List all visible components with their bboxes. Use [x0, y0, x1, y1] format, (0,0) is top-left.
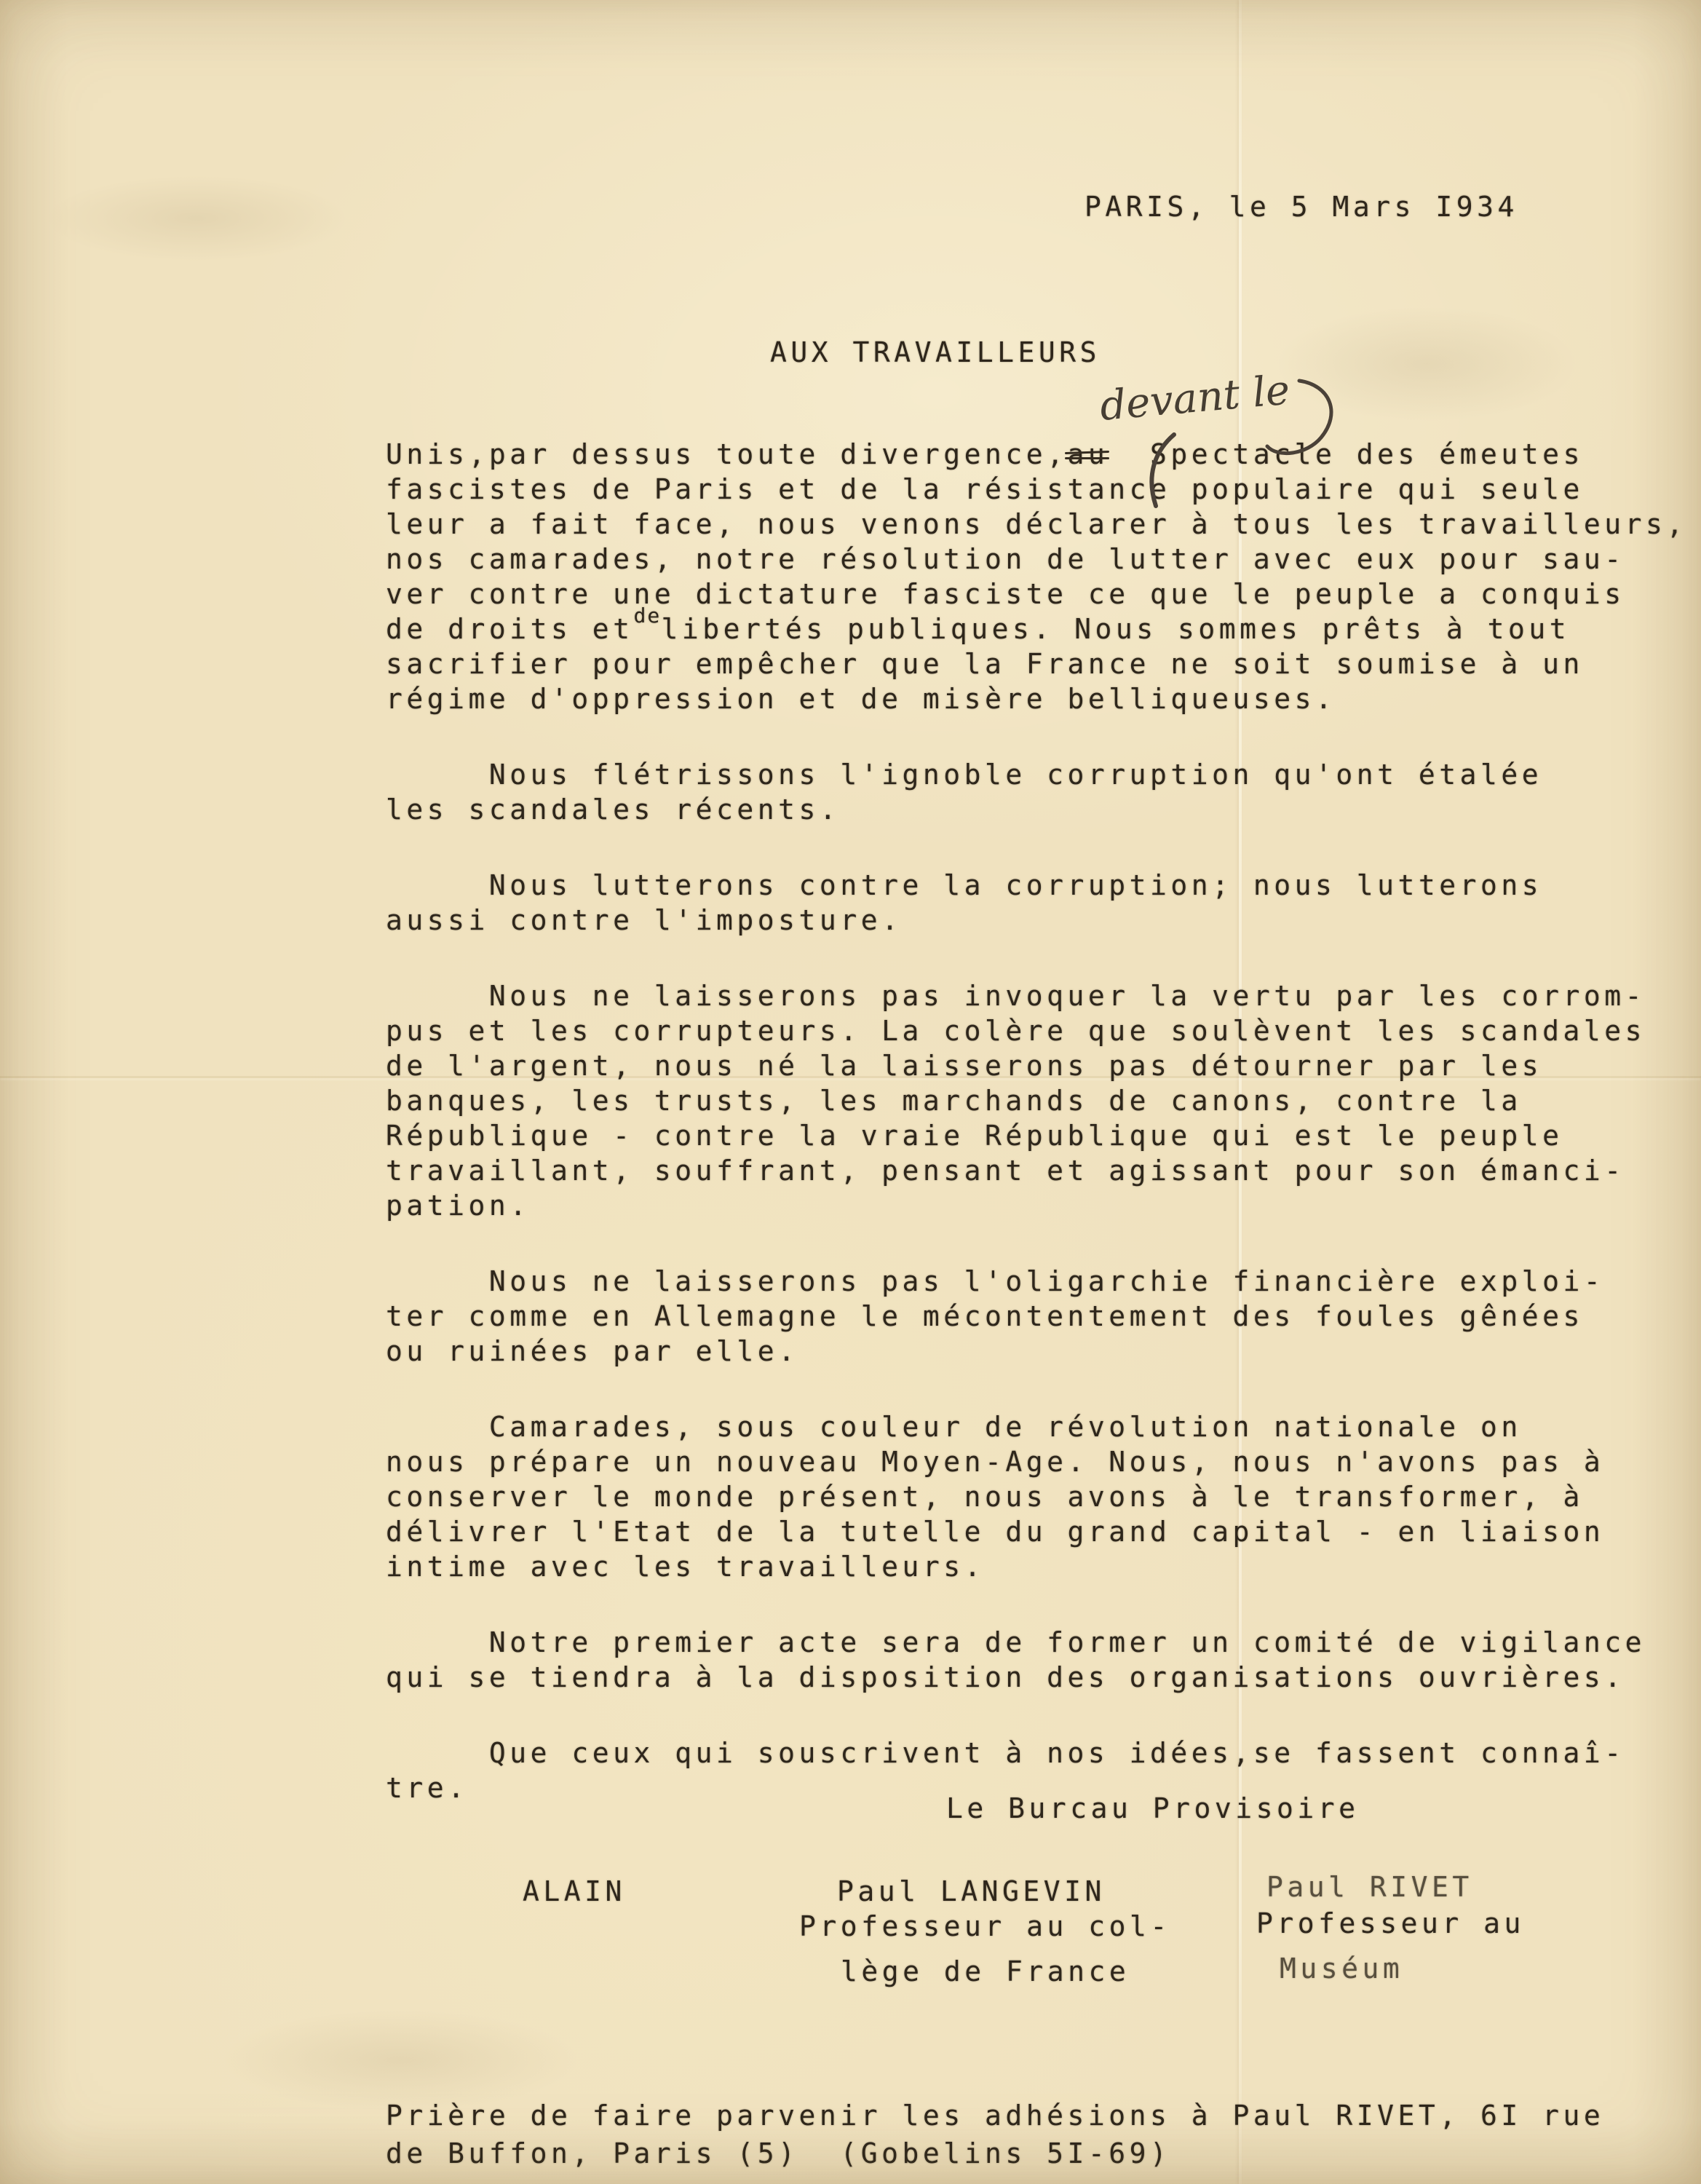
signature-rivet-role-1: Professeur au — [1256, 1900, 1525, 1947]
handwritten-annotation: devant le — [1059, 368, 1408, 521]
typed-line: les scandales récents. — [386, 792, 1687, 827]
typed-line: nos camarades, notre résolution de lutte… — [386, 542, 1687, 577]
bureau-provisoire-label: Le Burcau Provisoire — [946, 1792, 1360, 1824]
typed-line: Nous lutterons contre la corruption; nou… — [386, 868, 1687, 903]
typed-line: fascistes de Paris et de la résistance p… — [386, 472, 1687, 507]
typed-line: leur a fait face, nous venons déclarer à… — [386, 507, 1687, 542]
typed-line: Nous flétrissons l'ignoble corruption qu… — [386, 757, 1687, 792]
typed-line: délivrer l'Etat de la tutelle du grand c… — [386, 1514, 1687, 1549]
signature-rivet: Paul RIVET — [1266, 1871, 1473, 1903]
signature-langevin-role-2: lège de France — [841, 1948, 1130, 1995]
typed-line: Notre premier acte sera de former un com… — [386, 1625, 1687, 1660]
typed-line: qui se tiendra à la disposition des orga… — [386, 1660, 1687, 1695]
paragraph: Unis,par dessus toute divergence,au Spec… — [386, 437, 1687, 716]
signature-rivet-role-2: Muséum — [1280, 1945, 1403, 1992]
paragraph: Camarades, sous couleur de révolution na… — [386, 1409, 1687, 1584]
typed-line: pus et les corrupteurs. La colère que so… — [386, 1013, 1687, 1048]
typed-line: Que ceux qui souscrivent à nos idées,se … — [386, 1736, 1687, 1770]
paper-smudge — [44, 175, 349, 262]
date-line: PARIS, le 5 Mars I934 — [1085, 191, 1518, 223]
signature-alain: ALAIN — [523, 1875, 626, 1907]
typed-line: Camarades, sous couleur de révolution na… — [386, 1409, 1687, 1444]
paragraph: Notre premier acte sera de former un com… — [386, 1625, 1687, 1695]
typed-line: de l'argent, nous né la laisserons pas d… — [386, 1048, 1687, 1083]
footer-line-2: de Buffon, Paris (5) (Gobelins 5I-69) — [386, 2134, 1604, 2172]
typed-line: Nous ne laisserons pas l'oligarchie fina… — [386, 1264, 1687, 1299]
typed-line: intime avec les travailleurs. — [386, 1549, 1687, 1584]
paragraph: Nous ne laisserons pas l'oligarchie fina… — [386, 1264, 1687, 1369]
typed-line: aussi contre l'imposture. — [386, 903, 1687, 938]
paragraph: Nous lutterons contre la corruption; nou… — [386, 868, 1687, 938]
typed-line: République - contre la vraie République … — [386, 1118, 1687, 1153]
typed-line: nous prépare un nouveau Moyen-Age. Nous,… — [386, 1444, 1687, 1479]
typed-line: régime d'oppression et de misère belliqu… — [386, 681, 1687, 716]
signature-langevin-role-1: Professeur au col- — [799, 1903, 1171, 1950]
handwritten-paren-stroke — [1151, 435, 1174, 506]
typed-line: conserver le monde présent, nous avons à… — [386, 1479, 1687, 1514]
typed-line: ou ruinées par elle. — [386, 1334, 1687, 1369]
typed-line: Nous ne laisserons pas invoquer la vertu… — [386, 978, 1687, 1013]
typed-line: travaillant, souffrant, pensant et agiss… — [386, 1153, 1687, 1188]
paragraph: Nous flétrissons l'ignoble corruption qu… — [386, 757, 1687, 827]
typed-line: ter comme en Allemagne le mécontentement… — [386, 1299, 1687, 1334]
typed-line: Unis,par dessus toute divergence,au Spec… — [386, 437, 1687, 472]
footer-note: Prière de faire parvenir les adhésions à… — [386, 2097, 1604, 2172]
typed-line: sacrifier pour empêcher que la France ne… — [386, 646, 1687, 681]
handwritten-insertion-text: devant le — [1098, 366, 1292, 430]
paragraph: Nous ne laisserons pas invoquer la vertu… — [386, 978, 1687, 1223]
typed-line: ver contre une dictature fasciste ce que… — [386, 577, 1687, 612]
paper-smudge — [218, 2009, 582, 2111]
typed-text-segment: de droits et — [386, 613, 634, 645]
typed-text-segment: libertés publiques. Nous sommes prêts à … — [662, 613, 1571, 645]
letter-page: PARIS, le 5 Mars I934 AUX TRAVAILLEURS U… — [0, 0, 1701, 2184]
typed-line: de droits etdelibertés publiques. Nous s… — [386, 612, 1687, 646]
letter-body: Unis,par dessus toute divergence,au Spec… — [386, 437, 1687, 1846]
typed-line: pation. — [386, 1188, 1687, 1223]
letter-title: AUX TRAVAILLEURS — [770, 336, 1101, 368]
typed-text-segment: Unis,par dessus toute divergence, — [386, 438, 1067, 470]
footer-line-1: Prière de faire parvenir les adhésions à… — [386, 2097, 1604, 2134]
superscript-insertion: de — [634, 598, 662, 633]
typed-line: banques, les trusts, les marchands de ca… — [386, 1083, 1687, 1118]
